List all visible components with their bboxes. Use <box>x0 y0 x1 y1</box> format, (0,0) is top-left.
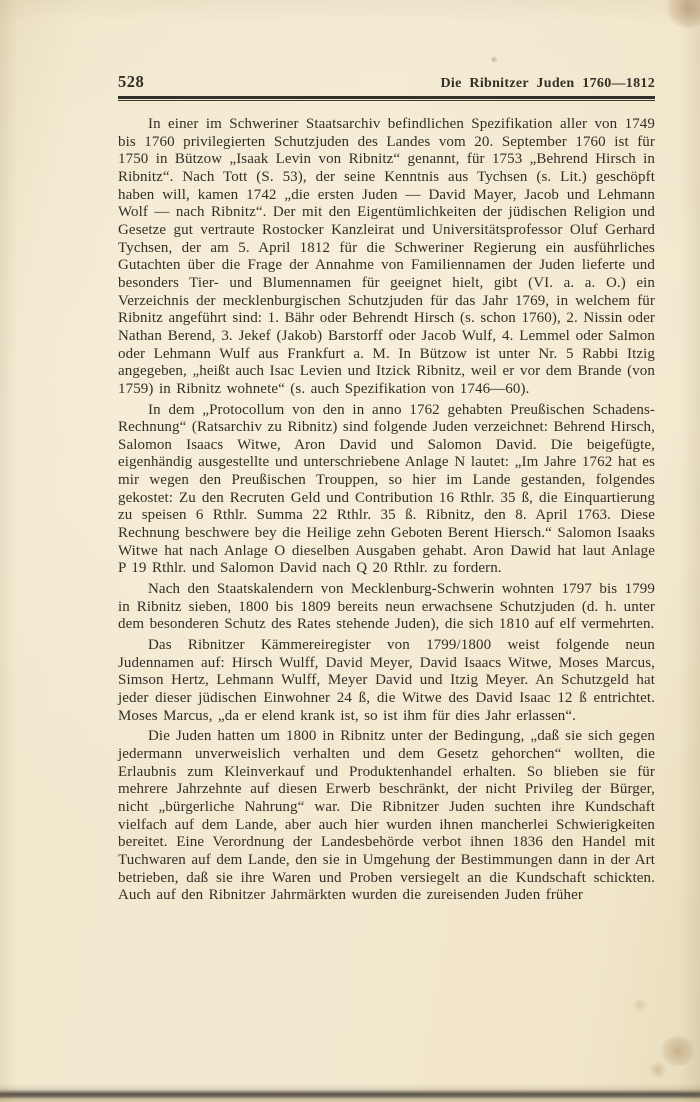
page-body: In einer im Schweriner Staatsarchiv befi… <box>118 116 655 905</box>
paper-stain <box>648 1062 668 1078</box>
body-paragraph: In dem „Protocollum von den in anno 1762… <box>118 402 655 579</box>
paper-stain <box>632 998 648 1012</box>
book-page-scan: 528 Die Ribnitzer Juden 1760—1812 In ein… <box>0 0 700 1102</box>
body-paragraph: In einer im Schweriner Staatsarchiv befi… <box>118 116 655 399</box>
body-paragraph: Nach den Staatskalendern von Mecklenburg… <box>118 581 655 634</box>
paper-stain <box>666 0 700 28</box>
page-number: 528 <box>118 72 144 92</box>
page-header: 528 Die Ribnitzer Juden 1760—1812 <box>118 72 655 92</box>
running-title: Die Ribnitzer Juden 1760—1812 <box>441 76 656 92</box>
paper-stain <box>490 56 498 63</box>
paper-stain <box>660 1036 696 1066</box>
header-double-rule <box>118 96 655 101</box>
body-paragraph: Das Ribnitzer Kämmereiregister von 1799/… <box>118 637 655 725</box>
page-bottom-edge-shadow <box>0 1084 700 1102</box>
body-paragraph: Die Juden hatten um 1800 in Ribnitz unte… <box>118 728 655 905</box>
